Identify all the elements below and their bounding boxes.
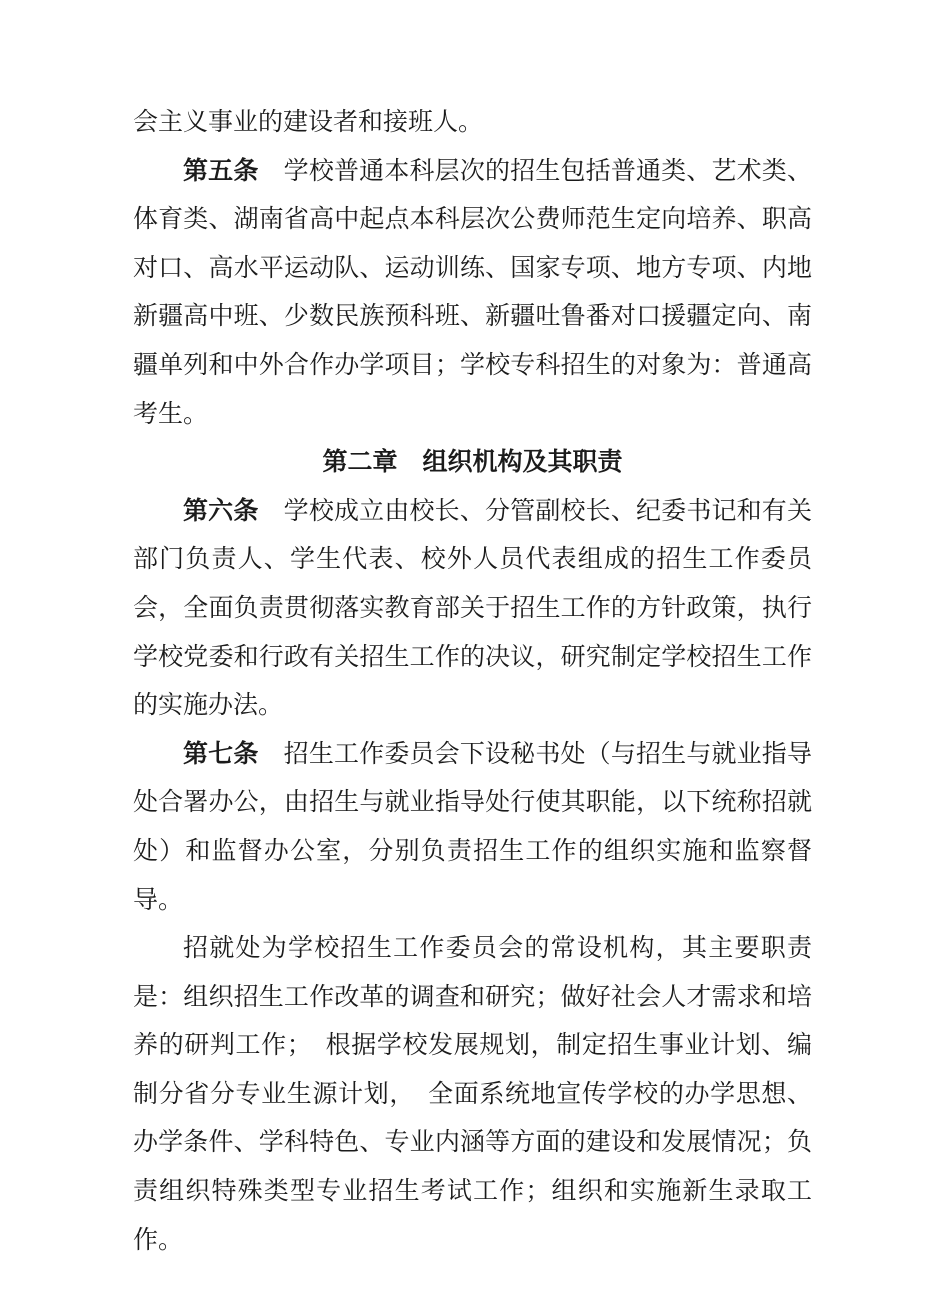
paragraph-continuation: 会主义事业的建设者和接班人。 [133, 99, 812, 148]
article-6-label: 第六条 [183, 498, 259, 525]
paragraph-text: 会主义事业的建设者和接班人。 [133, 109, 483, 136]
document-text-block: 会主义事业的建设者和接班人。 第五条 学校普通本科层次的招生包括普通类、艺术类、… [0, 0, 930, 1316]
chapter-2-heading-text: 第二章 组织机构及其职责 [322, 449, 622, 476]
paragraph-zhaojiuchu-duties: 招就处为学校招生工作委员会的常设机构，其主要职责是：组织招生工作改革的调查和研究… [133, 925, 812, 1265]
document-page: 会主义事业的建设者和接班人。 第五条 学校普通本科层次的招生包括普通类、艺术类、… [0, 0, 930, 1316]
article-6-body: 学校成立由校长、分管副校长、纪委书记和有关部门负责人、学生代表、校外人员代表组成… [133, 498, 812, 719]
article-5-body: 学校普通本科层次的招生包括普通类、艺术类、体育类、湖南省高中起点本科层次公费师范… [133, 158, 812, 428]
article-7-label: 第七条 [183, 741, 259, 768]
paragraph-article-5: 第五条 学校普通本科层次的招生包括普通类、艺术类、体育类、湖南省高中起点本科层次… [133, 148, 812, 440]
zhaojiuchu-duties-text: 招就处为学校招生工作委员会的常设机构，其主要职责是：组织招生工作改革的调查和研究… [133, 935, 812, 1254]
article-5-label: 第五条 [183, 158, 259, 185]
paragraph-article-7: 第七条 招生工作委员会下设秘书处（与招生与就业指导处合署办公，由招生与就业指导处… [133, 731, 812, 925]
paragraph-article-6: 第六条 学校成立由校长、分管副校长、纪委书记和有关部门负责人、学生代表、校外人员… [133, 488, 812, 731]
chapter-2-heading: 第二章 组织机构及其职责 [133, 439, 812, 488]
